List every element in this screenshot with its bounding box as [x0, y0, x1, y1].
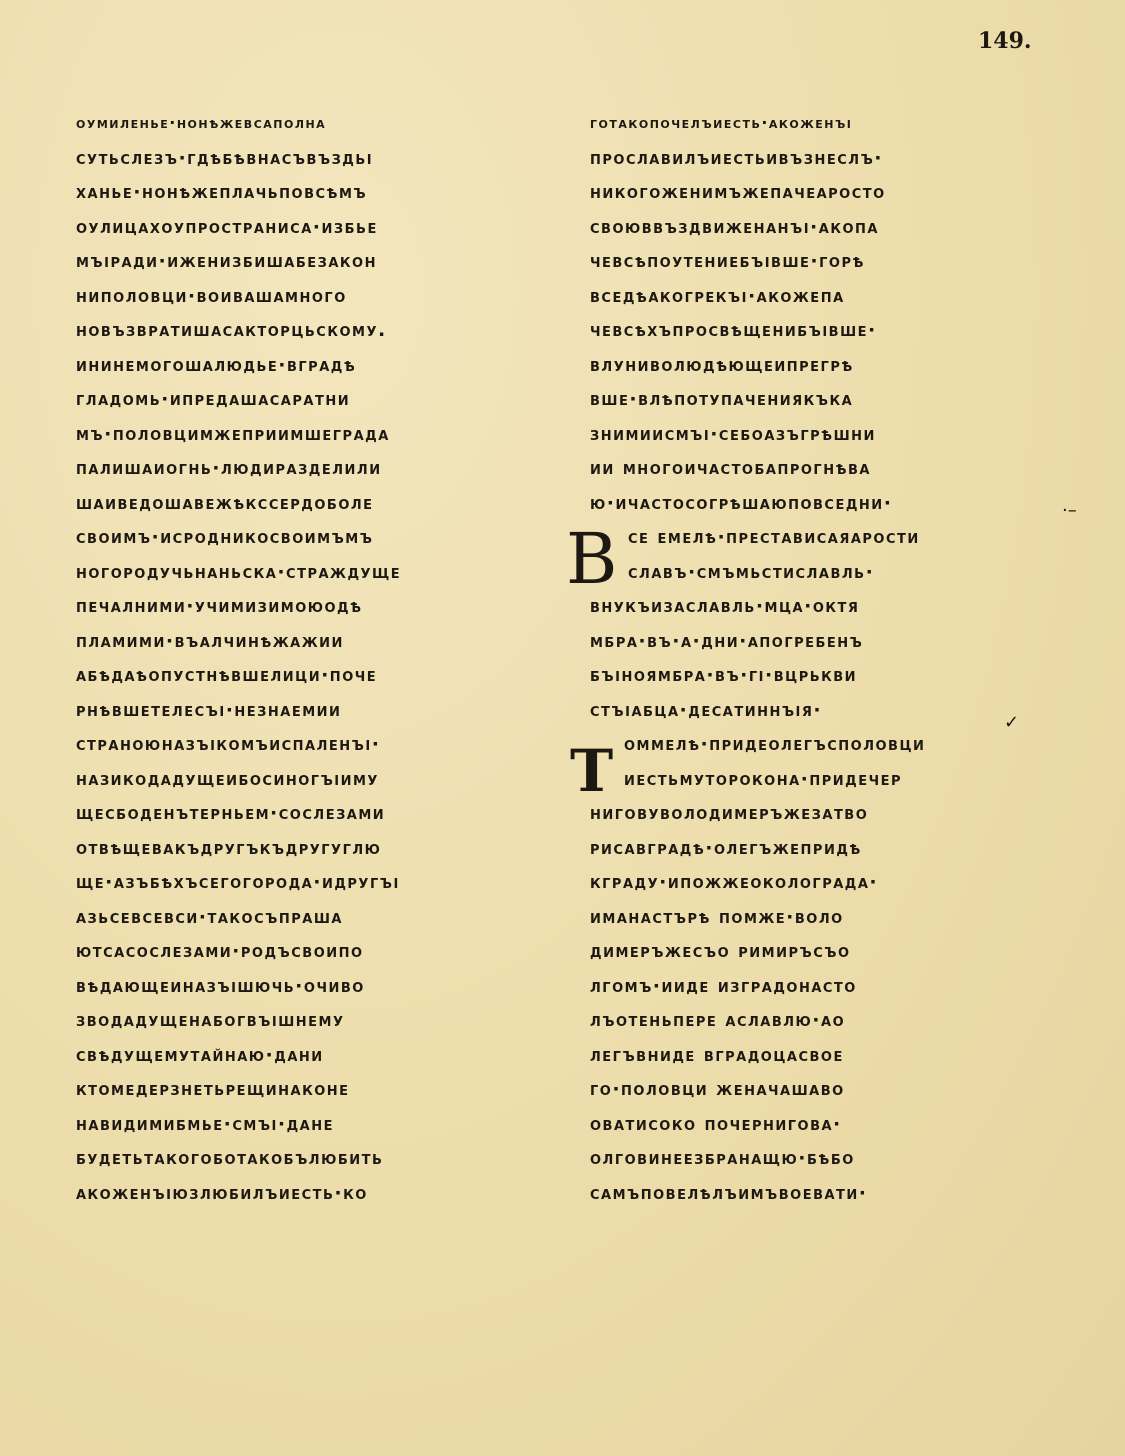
manuscript-line: свѣдущемутайнаю·дани [76, 1038, 556, 1073]
manuscript-line: своюввъздвиженанъı·акопа [590, 210, 1060, 245]
manuscript-line: пламими·въалчинѣжажии [76, 624, 556, 659]
manuscript-line: ининемогошалюдье·вградѣ [76, 348, 556, 383]
manuscript-line: ще·азъбѣхъсегогорода·идругъı [76, 865, 556, 900]
manuscript-line: рнѣвшетелесъı·незнаемии [76, 693, 556, 728]
manuscript-line: вѣдающеиназъıшючь·очиво [76, 969, 556, 1004]
manuscript-line: никогоженимъжепачеаросто [590, 175, 1060, 210]
page-number: 149. [978, 28, 1032, 54]
manuscript-line: стъıабца·десатиннъıя· [590, 693, 1060, 728]
manuscript-line: димеръжесъо римиръсъо [590, 934, 1060, 969]
manuscript-line: оулицахоупространиса·избье [76, 210, 556, 245]
manuscript-line: ниполовци·воивашамного [76, 279, 556, 314]
manuscript-line: ханье·нонѣжеплачьповсѣмъ [76, 175, 556, 210]
manuscript-line: самъповелѣлъимъвоевати· [590, 1176, 1060, 1211]
manuscript-line: прославилъиестьивъзнеслъ· [590, 141, 1060, 176]
manuscript-line: щесбоденътерньем·сослезами [76, 796, 556, 831]
manuscript-line: оватисоко почерниговa· [590, 1107, 1060, 1142]
manuscript-line: новъзвратишасакторцьскому. [76, 313, 556, 348]
manuscript-line: ктомедерзнетьрещинаконе [76, 1072, 556, 1107]
initial-letter-t: Т [570, 742, 613, 800]
initial-letter-v: В [566, 524, 617, 594]
manuscript-line: лгомъ·ииде изградонасто [590, 969, 1060, 1004]
manuscript-line: шаиведошавежѣкссердоболе [76, 486, 556, 521]
manuscript-line: ниговуволодимеръжезатво [590, 796, 1060, 831]
manuscript-line: го·половци женачашаво [590, 1072, 1060, 1107]
manuscript-line: ютсасослезами·родъсвоипо [76, 934, 556, 969]
margin-dash: ·– [1062, 500, 1077, 521]
manuscript-line: зводадущенабогвъıшнему [76, 1003, 556, 1038]
manuscript-line: назикодадущеибосиногъıиму [76, 762, 556, 797]
manuscript-line: лъотеньпере аславлю·ао [590, 1003, 1060, 1038]
manuscript-line: вше·влѣпотупачениякъка [590, 382, 1060, 417]
manuscript-line: сутьслезъ·гдѣбѣвнасъвъздьı [76, 141, 556, 176]
manuscript-line: ю·ичастосогрѣшаюповседни· [590, 486, 1060, 521]
manuscript-line: будетьтакогоботакобълюбить [76, 1141, 556, 1176]
manuscript-line: оумиленье·нонѣжевсаполна [76, 106, 556, 141]
manuscript-line: абѣдаѣопустнѣвшелици·поче [76, 658, 556, 693]
manuscript-line: акоженъıюзлюбилъиесть·ко [76, 1176, 556, 1211]
manuscript-line: отвѣщевакъдругъкъдругуглю [76, 831, 556, 866]
manuscript-line: оммелѣ·придеолегъсполовци [590, 727, 1060, 762]
manuscript-line: мбра·въ·а·дни·апогребенъ [590, 624, 1060, 659]
manuscript-line: печалними·учимизимоюодѣ [76, 589, 556, 624]
manuscript-line: азьсевсевси·такосъпраша [76, 900, 556, 935]
manuscript-line: навидимибмье·смъı·дане [76, 1107, 556, 1142]
right-column: готакопочелъиесть·акоженъıпрославилъиест… [590, 106, 1060, 1210]
manuscript-line: гладомь·ипредашасаратни [76, 382, 556, 417]
manuscript-line: мъıради·иженизбишабезакон [76, 244, 556, 279]
manuscript-line: иестьмуторокона·придечер [590, 762, 1060, 797]
manuscript-line: знимиисмъı·себоазъгрѣшни [590, 417, 1060, 452]
manuscript-line: готакопочелъиесть·акоженъı [590, 106, 1060, 141]
manuscript-line: вседѣакогрекъı·акожепа [590, 279, 1060, 314]
manuscript-line: своимъ·исродникосвоимъмъ [76, 520, 556, 555]
manuscript-line: се емелѣ·престависаяарости [590, 520, 1060, 555]
checkmark-icon: ✓ [1004, 712, 1019, 733]
manuscript-line: иманастърѣ помже·воло [590, 900, 1060, 935]
manuscript-line: бъıноямбра·въ·гı·вцрькви [590, 658, 1060, 693]
manuscript-line: ногородучьнаньска·страждуще [76, 555, 556, 590]
manuscript-line: рисавградѣ·олегъжепридѣ [590, 831, 1060, 866]
manuscript-line: мъ·половцимжеприимшеграда [76, 417, 556, 452]
manuscript-line: олговинеезбранащю·бѣбо [590, 1141, 1060, 1176]
manuscript-line: чевсѣпоутениебъıвше·горѣ [590, 244, 1060, 279]
manuscript-line: легъвниде вградоцасвое [590, 1038, 1060, 1073]
manuscript-line: внукъизаславль·мца·октя [590, 589, 1060, 624]
manuscript-line: страноюназъıкомъиспаленъı· [76, 727, 556, 762]
manuscript-line: ии многоичастобапрогнѣва [590, 451, 1060, 486]
manuscript-line: влуниволюдѣющеипрегрѣ [590, 348, 1060, 383]
manuscript-line: чевсѣхъпросвѣщенибъıвше· [590, 313, 1060, 348]
manuscript-line: палишаиогнь·людиразделили [76, 451, 556, 486]
left-column: оумиленье·нонѣжевсаполнасутьслезъ·гдѣбѣв… [76, 106, 556, 1210]
manuscript-line: кграду·ипожжеоколограда· [590, 865, 1060, 900]
manuscript-line: славъ·смъмьстиславль· [590, 555, 1060, 590]
